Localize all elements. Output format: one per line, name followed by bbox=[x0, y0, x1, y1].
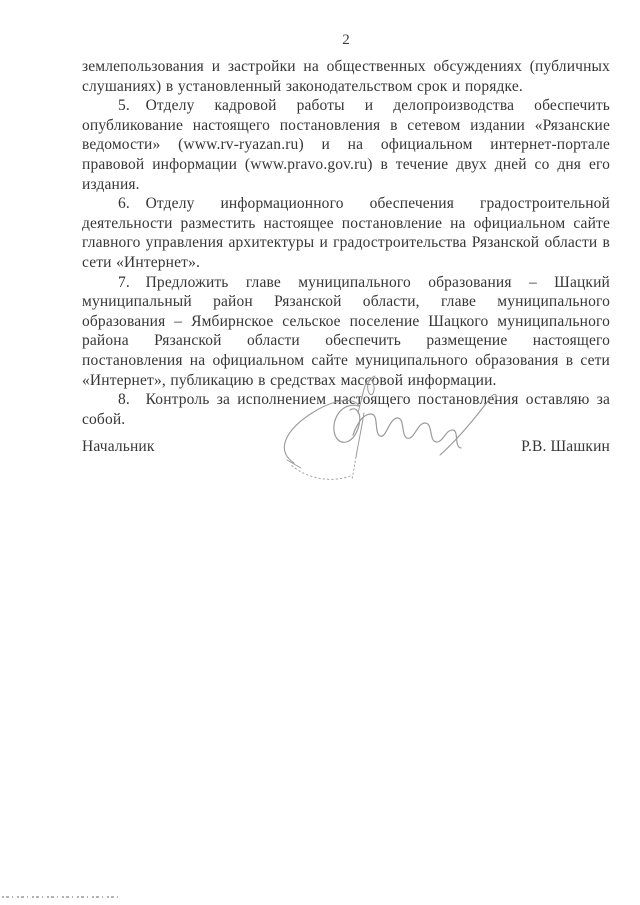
paragraph-item-5: 5. Отделу кадровой работы и делопроизвод… bbox=[82, 96, 610, 194]
paragraph-item-6: 6. Отделу информационного обеспечения гр… bbox=[82, 194, 610, 272]
signatory-name: Р.В. Шашкин bbox=[521, 438, 610, 456]
handwritten-signature bbox=[240, 373, 520, 488]
page-number: 2 bbox=[82, 32, 610, 49]
paragraph-continuation: землепользования и застройки на обществе… bbox=[82, 57, 610, 96]
scanned-document-page: 2 землепользования и застройки на общест… bbox=[0, 0, 640, 905]
signature-row: Начальник Р.В. Шашкин bbox=[82, 438, 610, 456]
signatory-title: Начальник bbox=[82, 438, 155, 456]
scan-artifact-line bbox=[2, 896, 120, 898]
